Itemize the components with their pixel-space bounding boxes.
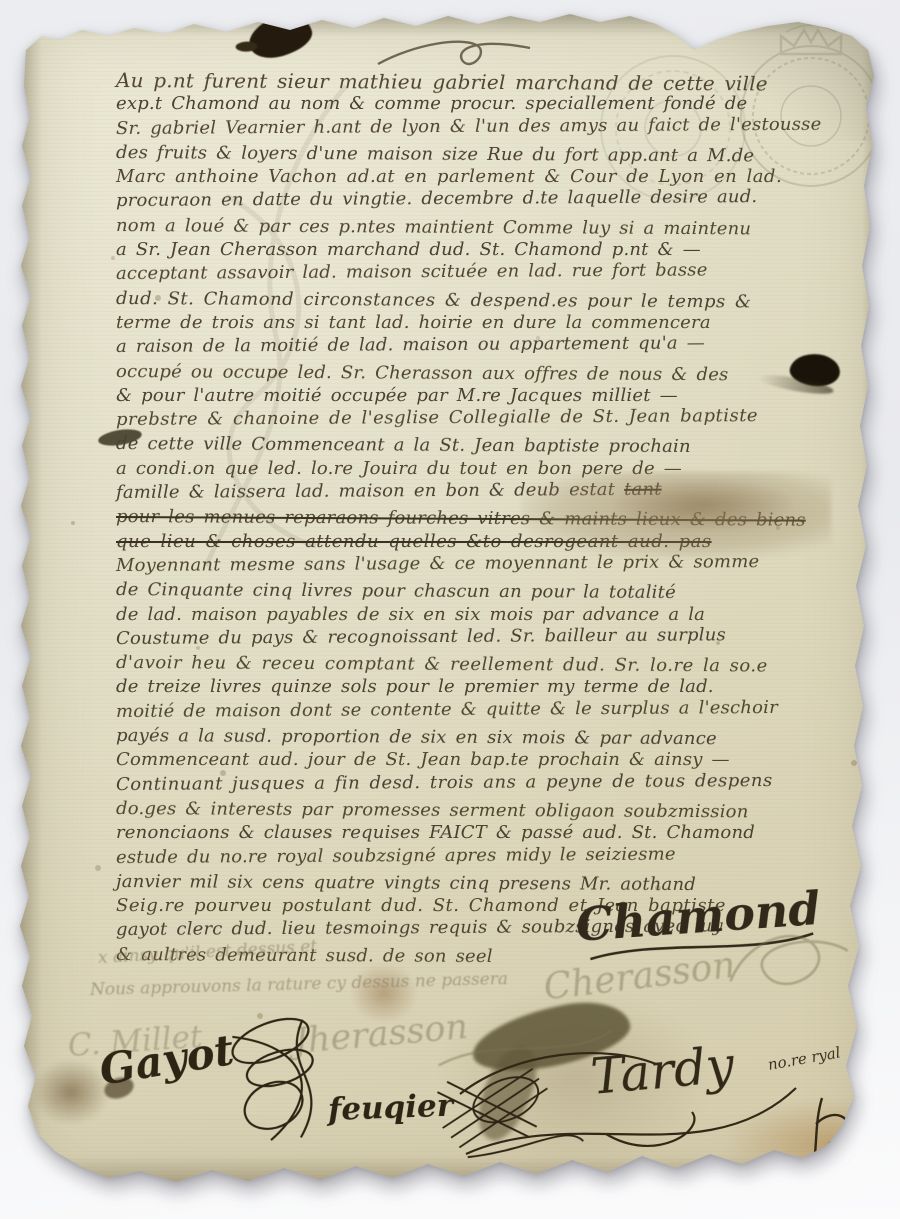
manuscript-line: prebstre & chanoine de l'esglise Collegi… [116, 404, 864, 433]
foxing-spots [16, 6, 20, 10]
stain-bottom-left-edge [34, 1061, 108, 1123]
manuscript-line: Coustume du pays & recognoissant led. Sr… [116, 622, 864, 651]
manuscript-line: acceptant assavoir lad. maison scituée e… [116, 258, 864, 287]
manuscript-line: procuraon en datte du vingtie. decembre … [116, 185, 864, 214]
manuscript-line: Moyennant mesme sans l'usage & ce moyenn… [116, 549, 864, 578]
ink-blot-top-left [244, 8, 317, 64]
faded-annotation-2: Nous approuvons la rature cy dessus ne p… [90, 969, 509, 1000]
torn-edge-right [862, 6, 882, 1192]
manuscript-line: moitié de maison dont se contente & quit… [116, 695, 864, 724]
manuscript-line: famille & laissera lad. maison en bon & … [116, 476, 864, 505]
manuscript-line: Sr. gabriel Vearnier h.ant de lyon & l'u… [116, 112, 864, 141]
signature-feuqier: feuqier [327, 1088, 453, 1128]
manuscript-line: estude du no.re royal soubzsigné apres m… [116, 841, 864, 870]
photo-background: { "photo": { "background_top": "#ecedf1"… [0, 0, 900, 1219]
manuscript-lines: Au p.nt furent sieur mathieu gabriel mar… [116, 68, 864, 967]
struck-word: tant [624, 479, 662, 500]
manuscript-photo: Au p.nt furent sieur mathieu gabriel mar… [0, 0, 900, 1219]
paper-sheet: Au p.nt furent sieur mathieu gabriel mar… [16, 6, 882, 1192]
signature-tardy-rubric [804, 1094, 864, 1174]
signature-cherasson-paraph [718, 916, 857, 1011]
manuscript-line: Continuant jusques a fin desd. trois ans… [116, 768, 864, 797]
signature-gayot-paraph [211, 1000, 361, 1159]
manuscript-line: a raison de la moitié de lad. maison ou … [116, 331, 864, 360]
torn-edge-left [16, 6, 42, 1192]
